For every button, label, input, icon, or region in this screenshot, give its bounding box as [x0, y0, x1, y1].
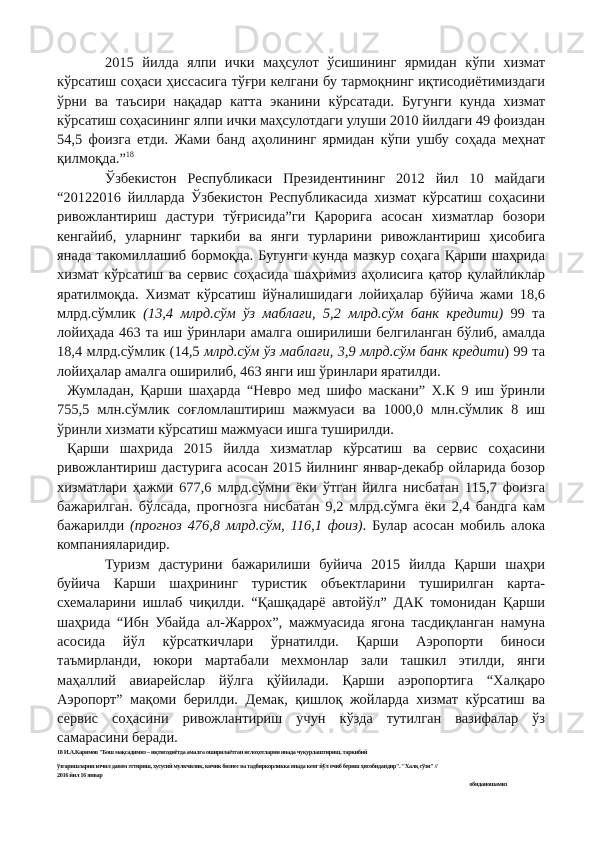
italic-text: млрд.сўм ўз маблағи, 3,9 млрд.сўм банк к…	[204, 344, 504, 360]
footnote-line: ўзгаришларни изчил давом эттириш, хусуси…	[57, 762, 547, 771]
body-text: 2015 йилда ялпи ички маҳсулот ўсишининг …	[57, 54, 545, 749]
footnote-ref: 18	[126, 151, 134, 160]
footnote: 18 И.А.Каримов "Бош мақсадимиз – иқтисод…	[57, 748, 547, 794]
paragraph-text: Туризм дастурини бажарилиши буйича 2015 …	[57, 557, 545, 747]
document-page: Docx.uz Docx.uz Docx.uz Docx.uz Docx.uz …	[0, 0, 595, 842]
italic-text: (13,4 млрд.сўм ўз маблағи, 5,2 млрд.сўм …	[143, 306, 503, 322]
footnote-line: 2016 йил 16 январ	[57, 771, 547, 780]
paragraph-text: Жумладан, Қарши шаҳарда “Невро мед шифо …	[57, 383, 545, 438]
paragraph: Туризм дастурини бажарилиши буйича 2015 …	[57, 556, 545, 749]
italic-text: (прогноз 476,8 млрд.сўм, 116,1 фоиз)	[130, 518, 363, 534]
paragraph-text: Ўзбекистон Республикаси Президентининг 2…	[57, 171, 545, 322]
paragraph: Ўзбекистон Республикаси Президентининг 2…	[57, 170, 545, 382]
paragraph: Қарши шахрида 2015 йилда хизматлар кўрса…	[57, 440, 545, 556]
footnote-line: обидаиошамиз	[57, 780, 547, 789]
paragraph: 2015 йилда ялпи ички маҳсулот ўсишининг …	[57, 54, 545, 170]
footnote-line: 18 И.А.Каримов "Бош мақсадимиз – иқтисод…	[57, 748, 547, 757]
paragraph: Жумладан, Қарши шаҳарда “Невро мед шифо …	[57, 382, 545, 440]
